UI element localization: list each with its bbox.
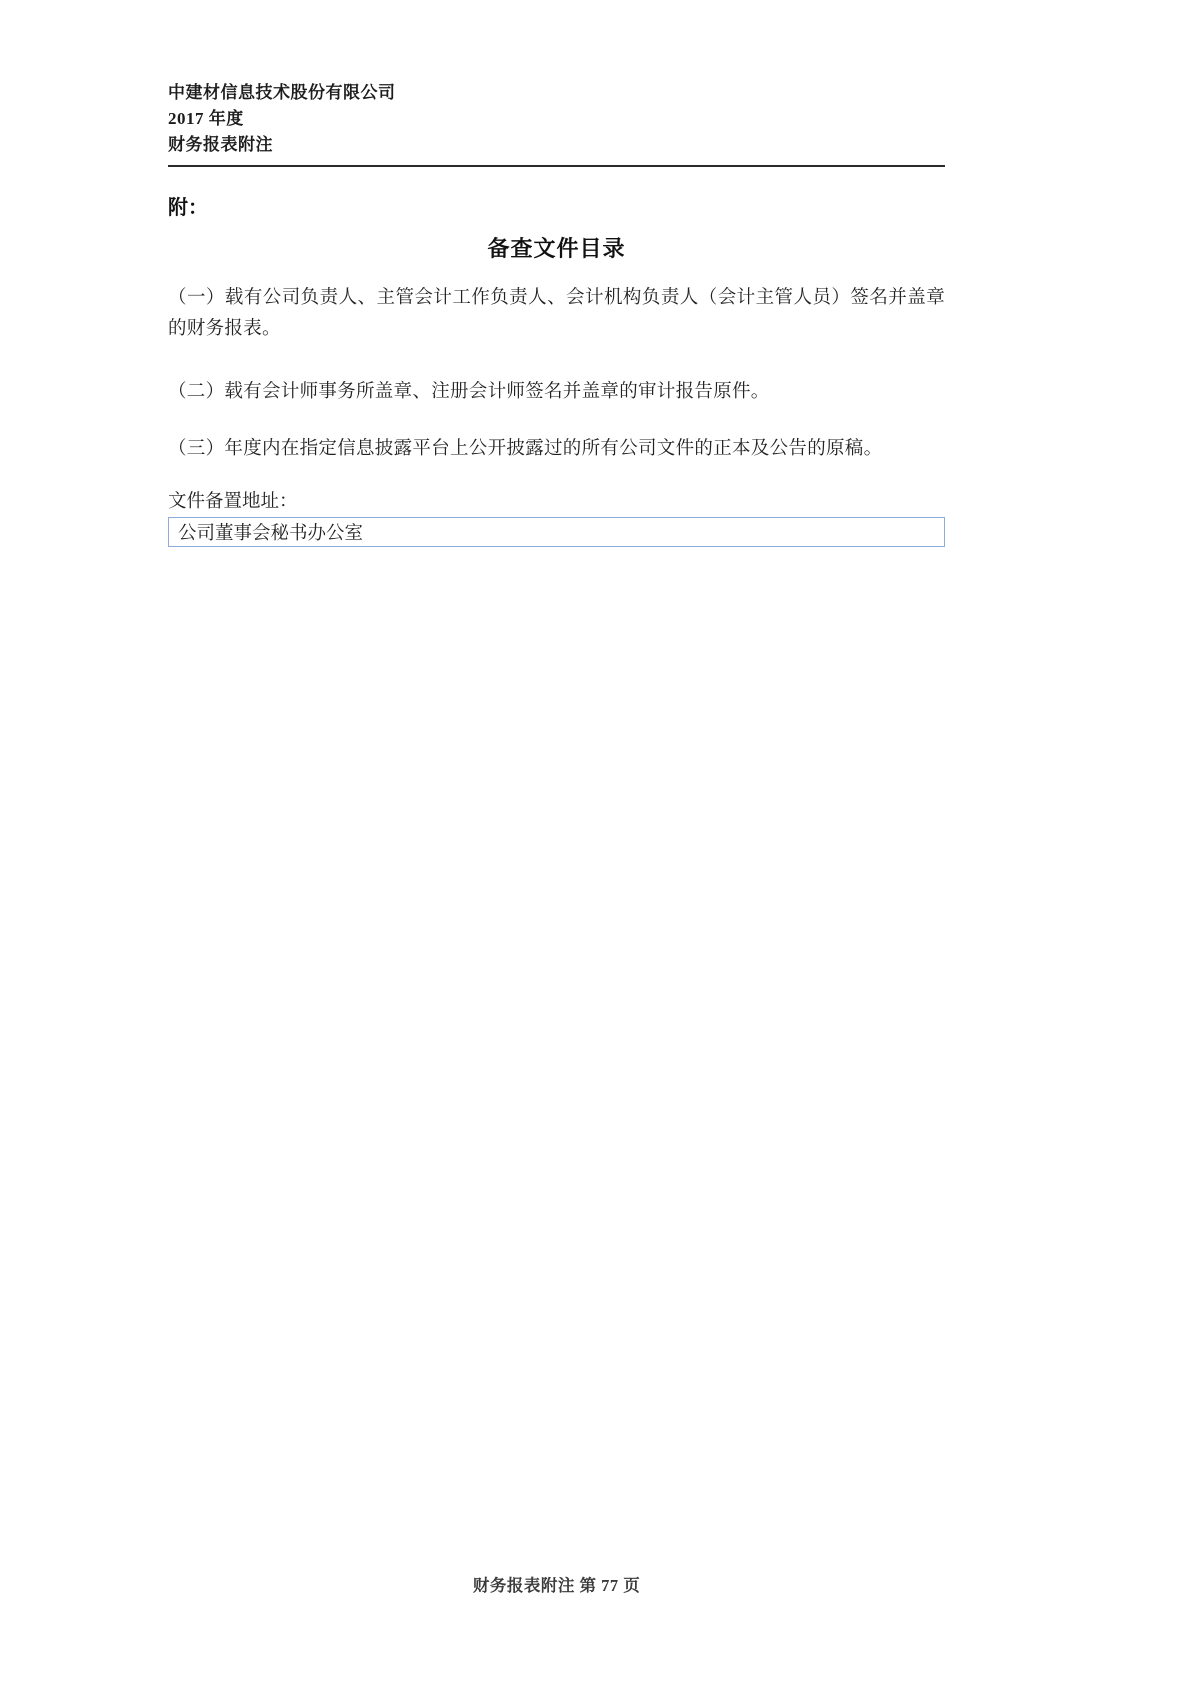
- document-header: 中建材信息技术股份有限公司 2017 年度 财务报表附注: [168, 80, 945, 158]
- header-doc-type: 财务报表附注: [168, 132, 945, 158]
- address-label: 文件备置地址：: [168, 490, 945, 514]
- page-title: 备查文件目录: [168, 232, 945, 263]
- page-content: 中建材信息技术股份有限公司 2017 年度 财务报表附注 附： 备查文件目录 （…: [168, 80, 945, 547]
- document-page: 中建材信息技术股份有限公司 2017 年度 财务报表附注 附： 备查文件目录 （…: [0, 0, 1200, 1696]
- page-footer: 财务报表附注 第 77 页: [168, 1572, 945, 1596]
- paragraph-item-3: （三）年度内在指定信息披露平台上公开披露过的所有公司文件的正本及公告的原稿。: [168, 434, 945, 465]
- paragraph-item-1: （一）载有公司负责人、主管会计工作负责人、会计机构负责人（会计主管人员）签名并盖…: [168, 283, 945, 345]
- header-company-name: 中建材信息技术股份有限公司: [168, 80, 945, 106]
- header-report-period: 2017 年度: [168, 106, 945, 132]
- address-value-box: 公司董事会秘书办公室: [168, 517, 945, 547]
- attachment-label: 附：: [168, 191, 945, 220]
- address-value-text: 公司董事会秘书办公室: [178, 519, 363, 545]
- header-divider-rule: [168, 165, 945, 167]
- paragraph-item-2: （二）载有会计师事务所盖章、注册会计师签名并盖章的审计报告原件。: [168, 377, 945, 408]
